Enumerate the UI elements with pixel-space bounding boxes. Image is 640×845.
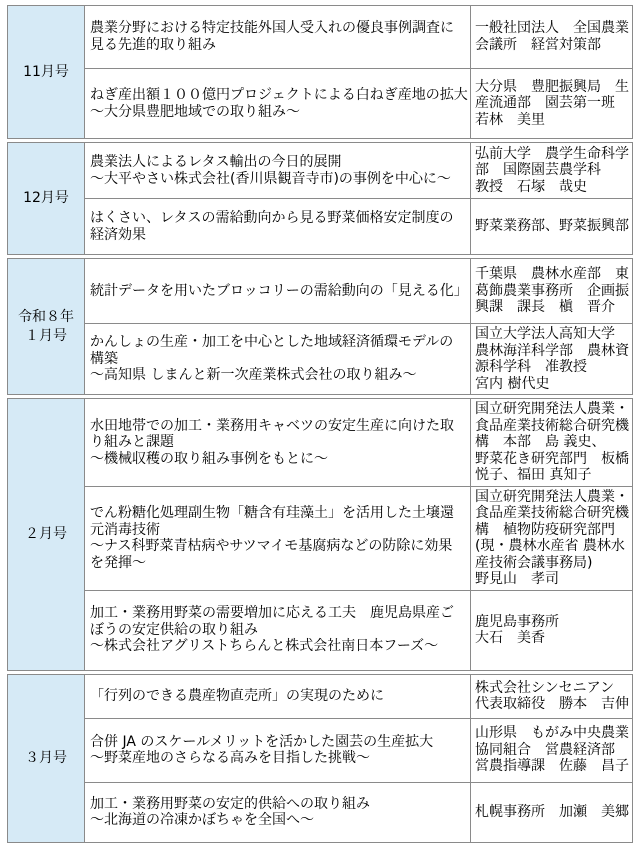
article-author-cell: 弘前大学 農学生命科学 部 国際園芸農学科 教授 石塚 哉史 — [471, 143, 632, 198]
article-author-cell: 国立大学法人高知大学 農林海洋科学部 農林資 源科学科 准教授 宮内 樹代史 — [471, 324, 632, 394]
table-row: 合併 JA のスケールメリットを活かした園芸の生産拡大 ～野菜産地のさらなる高み… — [84, 718, 633, 783]
article-author: 札幌事務所 加瀬 美郷 — [475, 804, 629, 821]
article-title-cell: 統計データを用いたブロッコリーの需給動向の「見える化」 — [85, 259, 471, 323]
article-author-cell: 鹿児島事務所 大石 美香 — [471, 591, 632, 670]
month-group-march: ３月号 「行列のできる農産物直売所」の実現のために 株式会社シンセニアン 代表取… — [7, 674, 633, 843]
article-author: 国立研究開発法人農業・ 食品産業技術総合研究機 構 本部 島 義史、 野菜花き研… — [475, 401, 629, 484]
month-cell: 令和８年 １月号 — [7, 258, 85, 395]
month-group-rows: 水田地帯での加工・業務用キャベツの安定生産に向けた取 り組みと課題 ～機械収穫の… — [84, 398, 633, 671]
article-author: 野菜業務部、野菜振興部 — [475, 218, 629, 235]
month-cell: 11月号 — [7, 5, 85, 139]
month-group-december: 12月号 農業法人によるレタス輸出の今日的展開 ～大平やさい株式会社(香川県観音… — [7, 142, 633, 255]
article-author-cell: 国立研究開発法人農業・ 食品産業技術総合研究機 構 本部 島 義史、 野菜花き研… — [471, 399, 632, 486]
month-group-rows: 農業分野における特定技能外国人受入れの優良事例調査に 見る先進的取り組み 一般社… — [84, 5, 633, 139]
month-group-january: 令和８年 １月号 統計データを用いたブロッコリーの需給動向の「見える化」 千葉県… — [7, 258, 633, 395]
article-title-cell: 水田地帯での加工・業務用キャベツの安定生産に向けた取 り組みと課題 ～機械収穫の… — [85, 399, 471, 486]
article-author-cell: 山形県 もがみ中央農業 協同組合 営農経済部 営農指導課 佐藤 昌子 — [471, 719, 632, 782]
article-title-cell: かんしょの生産・加工を中心とした地域経済循環モデルの 構築 ～高知県 しまんと新… — [85, 324, 471, 394]
article-title: 「行列のできる農産物直売所」の実現のために — [90, 688, 384, 705]
month-label: 12月号 — [23, 189, 69, 207]
table-row: 統計データを用いたブロッコリーの需給動向の「見える化」 千葉県 農林水産部 東 … — [84, 258, 633, 324]
article-author-cell: 大分県 豊肥振興局 生 産流通部 園芸第一班 若林 美里 — [471, 69, 632, 138]
article-title: 合併 JA のスケールメリットを活かした園芸の生産拡大 ～野菜産地のさらなる高み… — [90, 734, 433, 767]
article-title: かんしょの生産・加工を中心とした地域経済循環モデルの 構築 ～高知県 しまんと新… — [90, 334, 453, 384]
article-title: 水田地帯での加工・業務用キャベツの安定生産に向けた取 り組みと課題 ～機械収穫の… — [90, 418, 454, 468]
table-row: 農業分野における特定技能外国人受入れの優良事例調査に 見る先進的取り組み 一般社… — [84, 5, 633, 69]
table-row: はくさい、レタスの需給動向から見る野菜価格安定制度の 経済効果 野菜業務部、野菜… — [84, 198, 633, 255]
table-row: ねぎ産出額１００億円プロジェクトによる白ねぎ産地の拡大 ～大分県豊肥地域での取り… — [84, 68, 633, 139]
month-group-rows: 統計データを用いたブロッコリーの需給動向の「見える化」 千葉県 農林水産部 東 … — [84, 258, 633, 395]
table-row: 水田地帯での加工・業務用キャベツの安定生産に向けた取 り組みと課題 ～機械収穫の… — [84, 398, 633, 487]
table-row: 加工・業務用野菜の安定的供給への取り組み ～北海道の冷凍かぼちゃを全国へ～ 札幌… — [84, 782, 633, 843]
article-author: 鹿児島事務所 大石 美香 — [475, 614, 559, 647]
article-title-cell: 加工・業務用野菜の需要増加に応える工夫 鹿児島県産ご ぼうの安定供給の取り組み … — [85, 591, 471, 670]
article-title-cell: 加工・業務用野菜の安定的供給への取り組み ～北海道の冷凍かぼちゃを全国へ～ — [85, 783, 471, 842]
month-group-november: 11月号 農業分野における特定技能外国人受入れの優良事例調査に 見る先進的取り組… — [7, 5, 633, 139]
month-label: 令和８年 １月号 — [18, 308, 74, 344]
article-author: 国立研究開発法人農業・ 食品産業技術総合研究機 構 植物防疫研究部門 (現・農林… — [475, 489, 629, 588]
table-row: 農業法人によるレタス輸出の今日的展開 ～大平やさい株式会社(香川県観音寺市)の事… — [84, 142, 633, 199]
article-author-cell: 野菜業務部、野菜振興部 — [471, 199, 632, 254]
month-label: 11月号 — [23, 63, 69, 81]
article-author-cell: 国立研究開発法人農業・ 食品産業技術総合研究機 構 植物防疫研究部門 (現・農林… — [471, 487, 632, 590]
article-author: 大分県 豊肥振興局 生 産流通部 園芸第一班 若林 美里 — [475, 79, 629, 129]
article-title: はくさい、レタスの需給動向から見る野菜価格安定制度の 経済効果 — [90, 210, 453, 243]
table-row: でん粉糖化処理副生物「糖含有珪藻土」を活用した土壌還 元消毒技術 ～ナス科野菜青… — [84, 486, 633, 591]
issue-articles-table: 11月号 農業分野における特定技能外国人受入れの優良事例調査に 見る先進的取り組… — [7, 5, 633, 843]
month-label: ２月号 — [25, 525, 67, 543]
article-title-cell: ねぎ産出額１００億円プロジェクトによる白ねぎ産地の拡大 ～大分県豊肥地域での取り… — [85, 69, 471, 138]
article-title-cell: はくさい、レタスの需給動向から見る野菜価格安定制度の 経済効果 — [85, 199, 471, 254]
article-author: 株式会社シンセニアン 代表取締役 勝本 吉伸 — [475, 680, 629, 713]
article-title-cell: でん粉糖化処理副生物「糖含有珪藻土」を活用した土壌還 元消毒技術 ～ナス科野菜青… — [85, 487, 471, 590]
article-title: でん粉糖化処理副生物「糖含有珪藻土」を活用した土壌還 元消毒技術 ～ナス科野菜青… — [90, 505, 454, 571]
article-title: 加工・業務用野菜の安定的供給への取り組み ～北海道の冷凍かぼちゃを全国へ～ — [90, 796, 370, 829]
month-cell: ３月号 — [7, 674, 85, 843]
month-label: ３月号 — [25, 749, 67, 767]
article-author: 千葉県 農林水産部 東 葛飾農業事務所 企画振 興課 課長 槇 晋介 — [475, 266, 629, 316]
article-title: ねぎ産出額１００億円プロジェクトによる白ねぎ産地の拡大 ～大分県豊肥地域での取り… — [90, 87, 468, 120]
article-title: 農業法人によるレタス輸出の今日的展開 ～大平やさい株式会社(香川県観音寺市)の事… — [90, 154, 451, 187]
article-author: 一般社団法人 全国農業 会議所 経営対策部 — [475, 20, 629, 53]
month-cell: ２月号 — [7, 398, 85, 671]
month-group-rows: 「行列のできる農産物直売所」の実現のために 株式会社シンセニアン 代表取締役 勝… — [84, 674, 633, 843]
article-title-cell: 農業法人によるレタス輸出の今日的展開 ～大平やさい株式会社(香川県観音寺市)の事… — [85, 143, 471, 198]
article-title: 農業分野における特定技能外国人受入れの優良事例調査に 見る先進的取り組み — [90, 20, 454, 53]
month-group-rows: 農業法人によるレタス輸出の今日的展開 ～大平やさい株式会社(香川県観音寺市)の事… — [84, 142, 633, 255]
table-row: 「行列のできる農産物直売所」の実現のために 株式会社シンセニアン 代表取締役 勝… — [84, 674, 633, 719]
table-row: かんしょの生産・加工を中心とした地域経済循環モデルの 構築 ～高知県 しまんと新… — [84, 323, 633, 395]
article-author-cell: 千葉県 農林水産部 東 葛飾農業事務所 企画振 興課 課長 槇 晋介 — [471, 259, 632, 323]
article-author: 山形県 もがみ中央農業 協同組合 営農経済部 営農指導課 佐藤 昌子 — [475, 725, 629, 775]
article-author: 国立大学法人高知大学 農林海洋科学部 農林資 源科学科 准教授 宮内 樹代史 — [475, 326, 629, 392]
article-title-cell: 合併 JA のスケールメリットを活かした園芸の生産拡大 ～野菜産地のさらなる高み… — [85, 719, 471, 782]
article-title: 統計データを用いたブロッコリーの需給動向の「見える化」 — [90, 283, 468, 300]
table-row: 加工・業務用野菜の需要増加に応える工夫 鹿児島県産ご ぼうの安定供給の取り組み … — [84, 590, 633, 671]
month-cell: 12月号 — [7, 142, 85, 255]
month-group-february: ２月号 水田地帯での加工・業務用キャベツの安定生産に向けた取 り組みと課題 ～機… — [7, 398, 633, 671]
article-title-cell: 農業分野における特定技能外国人受入れの優良事例調査に 見る先進的取り組み — [85, 6, 471, 68]
article-title-cell: 「行列のできる農産物直売所」の実現のために — [85, 675, 471, 718]
article-author-cell: 一般社団法人 全国農業 会議所 経営対策部 — [471, 6, 632, 68]
article-author: 弘前大学 農学生命科学 部 国際園芸農学科 教授 石塚 哉史 — [475, 146, 629, 196]
article-author-cell: 株式会社シンセニアン 代表取締役 勝本 吉伸 — [471, 675, 632, 718]
article-author-cell: 札幌事務所 加瀬 美郷 — [471, 783, 632, 842]
article-title: 加工・業務用野菜の需要増加に応える工夫 鹿児島県産ご ぼうの安定供給の取り組み … — [90, 605, 454, 655]
